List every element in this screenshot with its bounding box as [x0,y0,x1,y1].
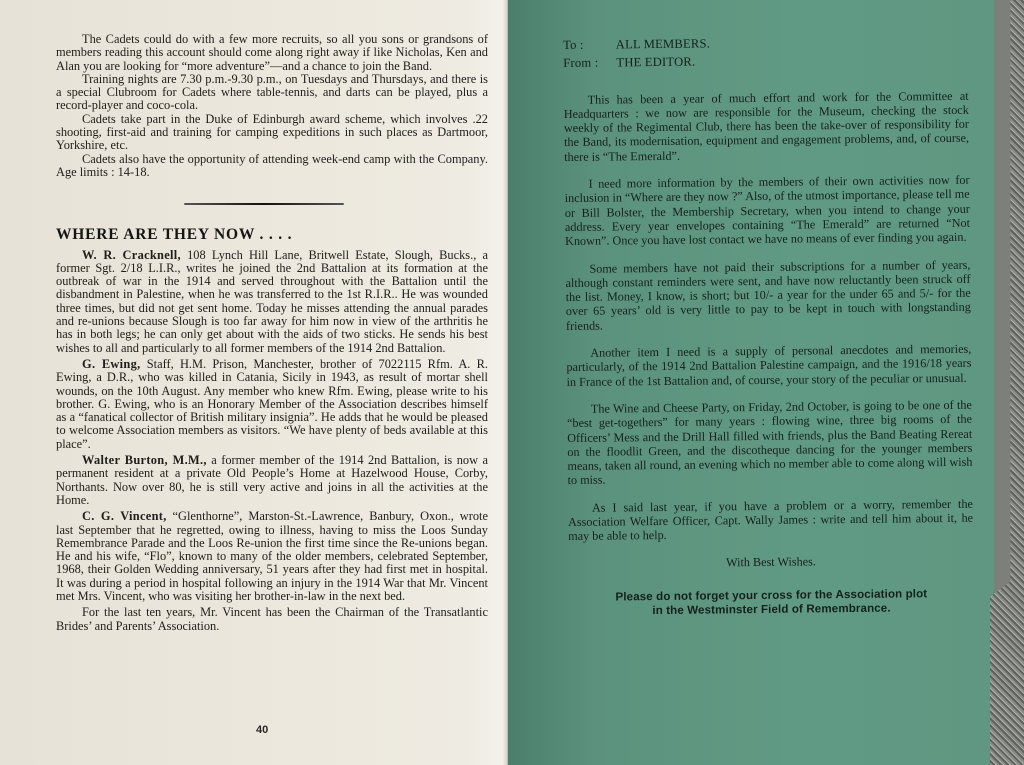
letter-paragraph: As I said last year, if you have a probl… [568,496,973,543]
memo-to-label: To : [563,37,613,52]
letter-paragraph: I need more information by the members o… [564,173,970,249]
entry-paragraph: W. R. Cracknell, 108 Lynch Hill Lane, Br… [56,249,488,355]
entry-text: 108 Lynch Hill Lane, Britwell Estate, Sl… [56,248,488,355]
letter-paragraph: The Wine and Cheese Party, on Friday, 2n… [567,398,973,488]
left-page-text: The Cadets could do with a few more recr… [56,33,488,636]
memo-to-line: To : ALL MEMBERS. [563,34,968,53]
cadets-paragraph: Cadets take part in the Duke of Edinburg… [56,113,488,153]
letter-signoff: With Best Wishes. [568,552,973,571]
memo-to-value: ALL MEMBERS. [616,36,710,51]
letter-paragraph: Some members have not paid their subscri… [565,257,971,333]
closing-notice: Please do not forget your cross for the … [569,587,974,619]
cadets-paragraph: Training nights are 7.30 p.m.-9.30 p.m.,… [56,73,488,113]
background-surface [990,0,1024,765]
section-heading: WHERE ARE THEY NOW . . . . [56,228,488,241]
entry-name: C. G. Vincent, [82,509,167,523]
entry-name: Walter Burton, M.M., [82,453,207,467]
entry-paragraph: C. G. Vincent, “Glenthorne”, Marston-St.… [56,510,488,603]
page-number: 40 [256,724,268,736]
entry-text: Staff, H.M. Prison, Manchester, brother … [56,357,488,451]
entry-paragraph: Walter Burton, M.M., a former member of … [56,454,488,507]
entry-text: “Glenthorne”, Marston-St.-Lawrence, Banb… [56,509,488,603]
cadets-paragraph: Cadets also have the opportunity of atte… [56,153,488,180]
entry-name: W. R. Cracknell, [82,248,181,262]
memo-from-line: From : THE EDITOR. [563,52,968,71]
memo-from-label: From : [563,56,613,71]
right-page-text: To : ALL MEMBERS. From : THE EDITOR. Thi… [563,34,974,619]
letter-paragraph: Another item I need is a supply of perso… [566,342,971,389]
entry-paragraph: For the last ten years, Mr. Vincent has … [56,606,488,633]
entry-text: For the last ten years, Mr. Vincent has … [56,605,488,632]
entry-paragraph: G. Ewing, Staff, H.M. Prison, Manchester… [56,358,488,451]
section-divider [184,203,344,205]
memo-from-value: THE EDITOR. [616,55,695,70]
entry-name: G. Ewing, [82,357,141,371]
letter-paragraph: This has been a year of much effort and … [564,88,970,164]
cadets-paragraph: The Cadets could do with a few more recr… [56,33,488,73]
